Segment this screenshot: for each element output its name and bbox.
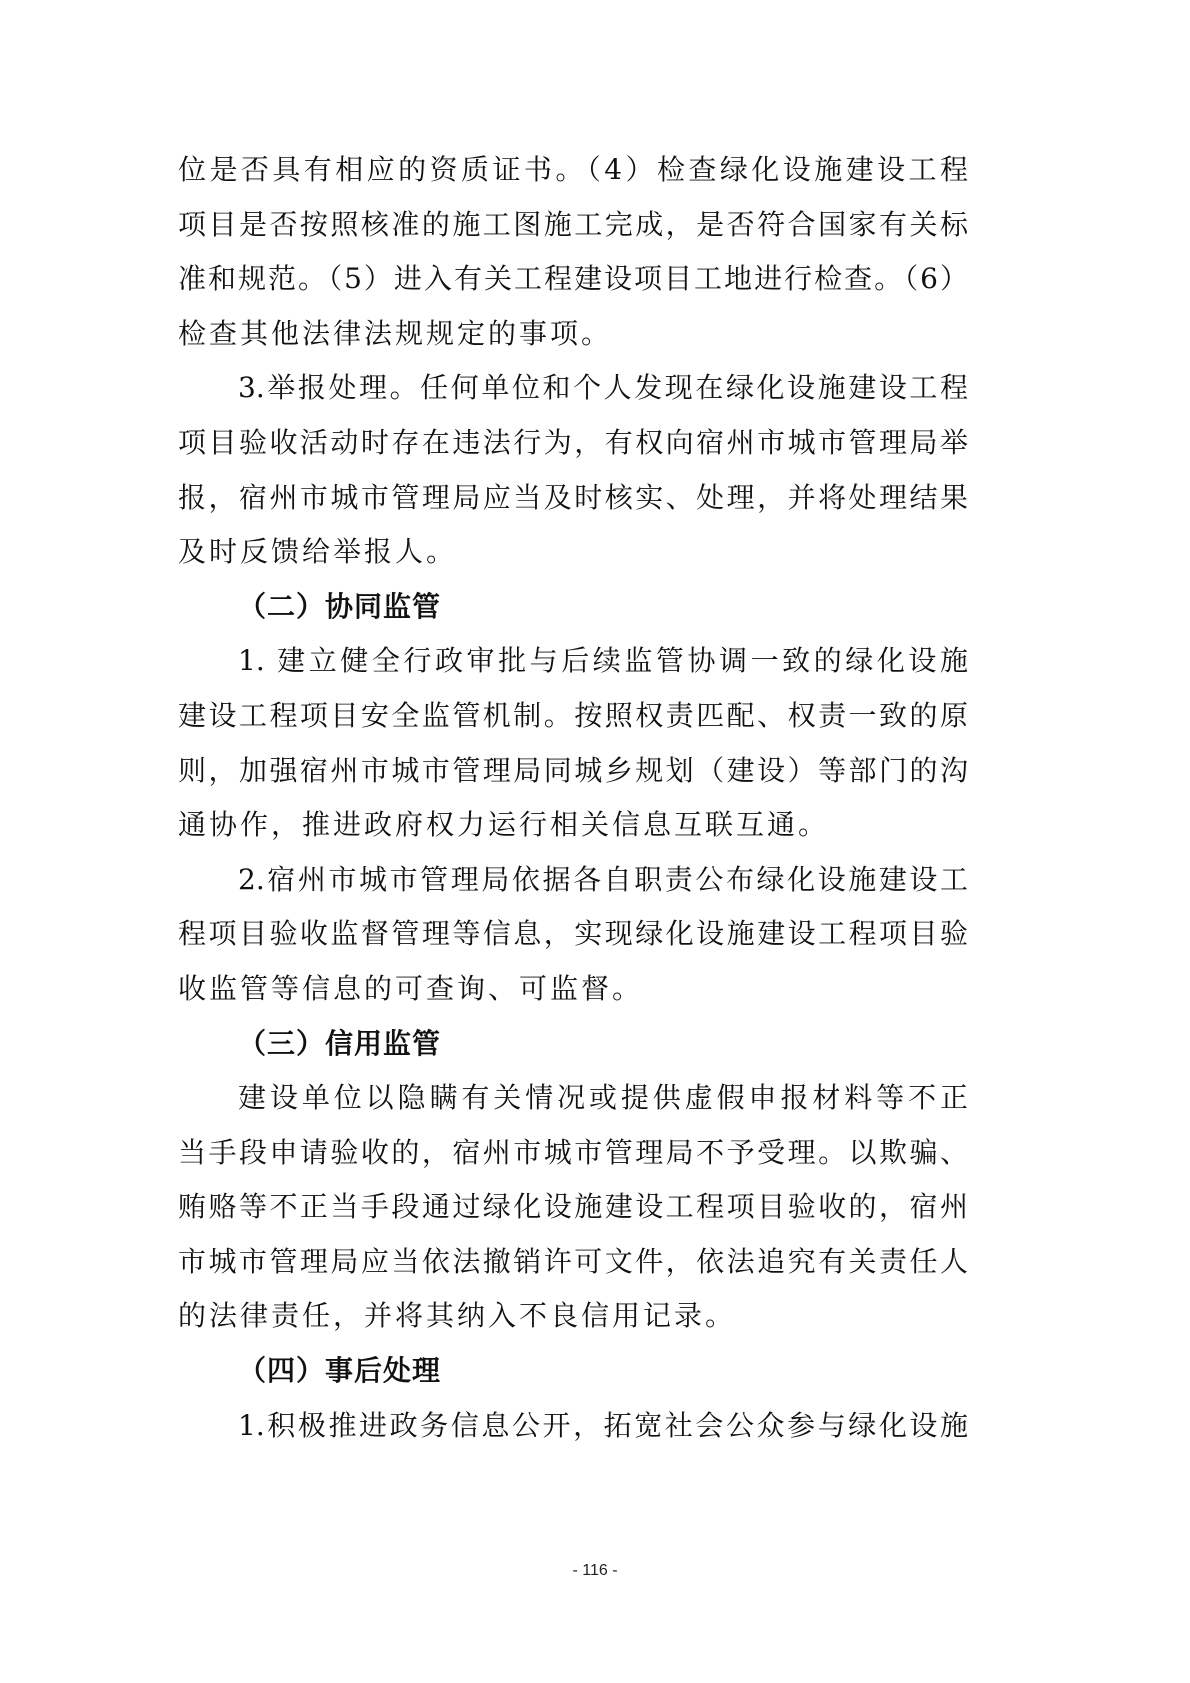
body-line: 报，宿州市城市管理局应当及时核实、处理，并将处理结果 <box>178 471 968 526</box>
body-line: 收监管等信息的可查询、可监督。 <box>178 962 968 1017</box>
body-line: 位是否具有相应的资质证书。（4）检查绿化设施建设工程 <box>178 143 968 198</box>
body-line: 检查其他法律法规规定的事项。 <box>178 307 968 362</box>
body-line: 项目是否按照核准的施工图施工完成，是否符合国家有关标 <box>178 198 968 253</box>
paragraph-start-line: 1. 建立健全行政审批与后续监管协调一致的绿化设施 <box>178 634 968 689</box>
body-line: 则，加强宿州市城市管理局同城乡规划（建设）等部门的沟 <box>178 744 968 799</box>
document-body: 位是否具有相应的资质证书。（4）检查绿化设施建设工程 项目是否按照核准的施工图施… <box>178 143 968 1453</box>
section-heading-credit-supervision: （三）信用监管 <box>178 1017 968 1072</box>
body-line: 通协作，推进政府权力运行相关信息互联互通。 <box>178 798 968 853</box>
body-line: 及时反馈给举报人。 <box>178 525 968 580</box>
paragraph-start-line: 1.积极推进政务信息公开，拓宽社会公众参与绿化设施 <box>178 1399 968 1454</box>
document-page: 位是否具有相应的资质证书。（4）检查绿化设施建设工程 项目是否按照核准的施工图施… <box>0 0 1190 1683</box>
body-line: 程项目验收监督管理等信息，实现绿化设施建设工程项目验 <box>178 907 968 962</box>
body-line: 当手段申请验收的，宿州市城市管理局不予受理。以欺骗、 <box>178 1126 968 1181</box>
paragraph-start-line: 3.举报处理。任何单位和个人发现在绿化设施建设工程 <box>178 361 968 416</box>
page-number: - 116 - <box>0 1562 1190 1580</box>
paragraph-start-line: 建设单位以隐瞒有关情况或提供虚假申报材料等不正 <box>178 1071 968 1126</box>
body-line: 贿赂等不正当手段通过绿化设施建设工程项目验收的，宿州 <box>178 1180 968 1235</box>
paragraph-start-line: 2.宿州市城市管理局依据各自职责公布绿化设施建设工 <box>178 853 968 908</box>
body-line: 准和规范。（5）进入有关工程建设项目工地进行检查。（6） <box>178 252 968 307</box>
body-line: 项目验收活动时存在违法行为，有权向宿州市城市管理局举 <box>178 416 968 471</box>
section-heading-collaborative-supervision: （二）协同监管 <box>178 580 968 635</box>
body-line: 的法律责任，并将其纳入不良信用记录。 <box>178 1289 968 1344</box>
body-line: 建设工程项目安全监管机制。按照权责匹配、权责一致的原 <box>178 689 968 744</box>
section-heading-post-event-handling: （四）事后处理 <box>178 1344 968 1399</box>
body-line: 市城市管理局应当依法撤销许可文件，依法追究有关责任人 <box>178 1235 968 1290</box>
